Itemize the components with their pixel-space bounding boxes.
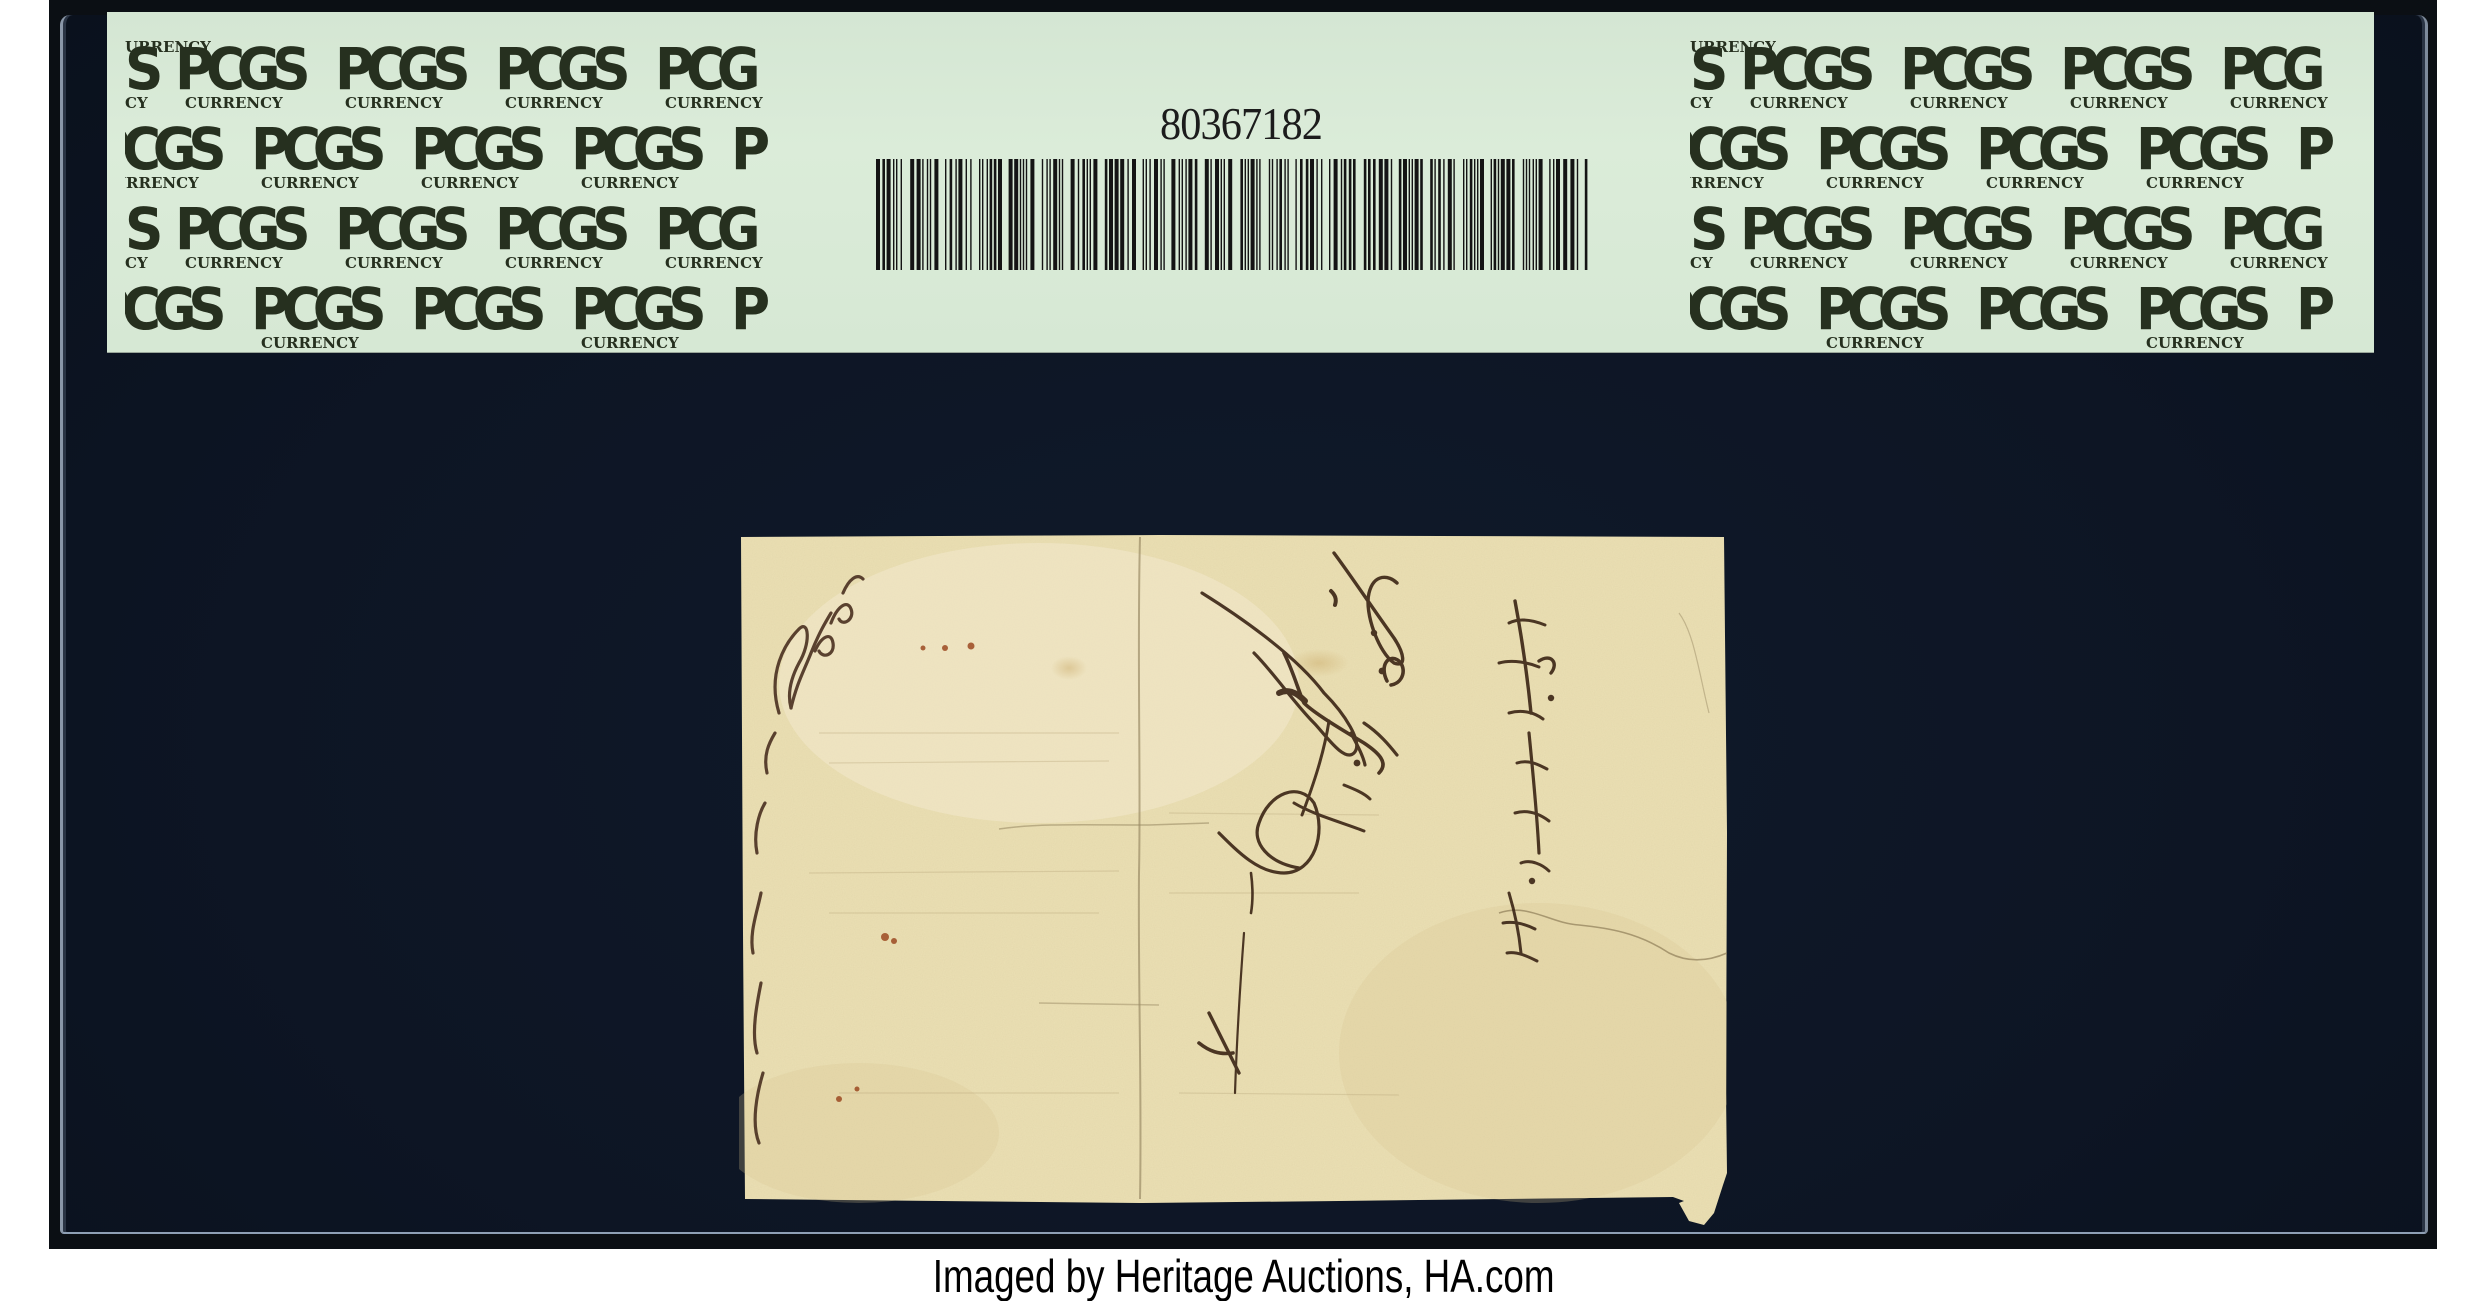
pcgs-logo-icon: PCGSCURRENCY: [2136, 280, 2286, 352]
pcgs-logo-icon: P: [2296, 280, 2374, 352]
serial-number: 80367182: [107, 94, 2374, 154]
pcgs-logo-icon: PCGCURRENCY: [2220, 200, 2370, 280]
pcgs-logo-icon: PCGS: [125, 280, 241, 352]
pcgs-logo-icon: PCGSCURRENCY: [175, 200, 325, 280]
pcgs-logo-icon: PCGSCURRENCY: [2060, 200, 2210, 280]
pcgs-logo-icon: PCGS: [1976, 280, 2126, 352]
pcgs-logo-icon: PCGSCURRENCY: [1740, 200, 1890, 280]
pcgs-logo-icon: PCGS: [411, 280, 561, 352]
currency-note: [739, 533, 1727, 1225]
pcgs-logo-icon: P: [731, 280, 813, 352]
pcgs-logo-icon: PCGCURRENCY: [655, 200, 805, 280]
serial-number-text: 80367182: [1160, 94, 1322, 154]
pcgs-logo-icon: PCGSCURRENCY: [1816, 280, 1966, 352]
image-credit-caption: Imaged by Heritage Auctions, HA.com: [0, 1253, 2487, 1299]
caption-text: Imaged by Heritage Auctions, HA.com: [933, 1253, 1555, 1299]
handwriting-signature-icon: [739, 533, 1727, 1225]
pcgs-logo-icon: PCGSCURRENCY: [251, 280, 401, 352]
pcgs-logo-pattern-right: URRENCYSCYPCGSCURRENCYPCGSCURRENCYPCGSCU…: [1690, 32, 2374, 352]
pcgs-logo-pattern-left: URRENCYSCYPCGSCURRENCYPCGSCURRENCYPCGSCU…: [125, 32, 813, 352]
pcgs-logo-icon: PCGS: [1690, 280, 1806, 352]
pcgs-logo-icon: PCGSCURRENCY: [335, 200, 485, 280]
barcode-icon: [876, 159, 1589, 270]
pcgs-logo-icon: PCGSCURRENCY: [1900, 200, 2050, 280]
pcgs-logo-icon: PCGSCURRENCY: [571, 280, 721, 352]
pcgs-label: URRENCYSCYPCGSCURRENCYPCGSCURRENCYPCGSCU…: [107, 12, 2374, 352]
pcgs-logo-icon: PCGSCURRENCY: [495, 200, 645, 280]
